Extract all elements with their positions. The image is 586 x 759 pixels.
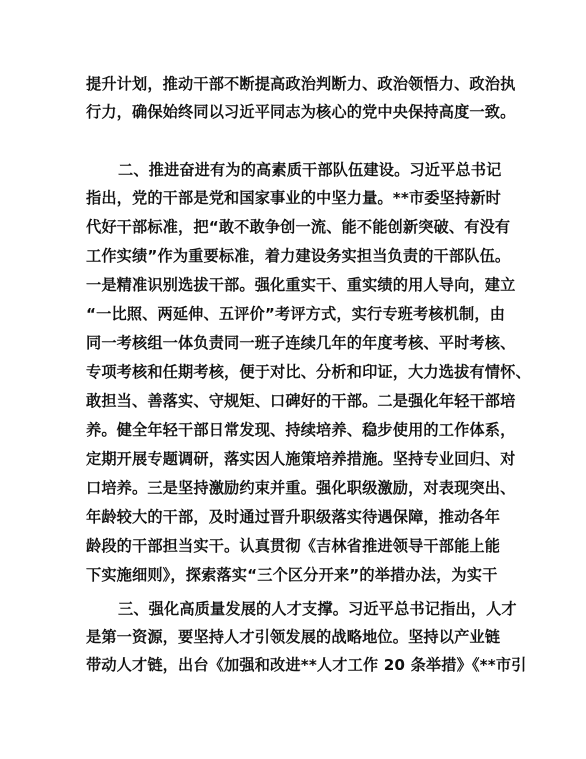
paragraph-2-line-6: “一比照、两延伸、五评价”考评方式，实行专班考核机制，由 — [86, 305, 506, 323]
paragraph-1-line-1: 提升计划，推动干部不断提高政治判断力、政治领悟力、政治执 — [86, 75, 506, 93]
paragraph-2-line-2: 指出，党的干部是党和国家事业的中坚力量。**市委坚持新时 — [86, 189, 506, 207]
paragraph-1-line-2: 行力，确保始终同以习近平同志为核心的党中央保持高度一致。 — [86, 103, 506, 121]
paragraph-3-heading-line: 三、强化高质量发展的人才支撑。习近平总书记指出，人才 — [118, 600, 538, 618]
paragraph-3-line-3: 带动人才链，出台《加强和改进**人才工作 20 条举措》《**市引 — [86, 656, 506, 674]
paragraph-2-heading-line: 二、推进奋进有为的高素质干部队伍建设。习近平总书记 — [118, 161, 538, 179]
paragraph-2-line-14: 龄段的干部担当实干。认真贯彻《吉林省推进领导干部能上能 — [86, 537, 506, 555]
paragraph-3-line-2: 是第一资源，要坚持人才引领发展的战略地位。坚持以产业链 — [86, 628, 506, 646]
paragraph-2-line-13: 年龄较大的干部，及时通过晋升职级落实待遇保障，推动各年 — [86, 508, 506, 526]
paragraph-2-line-12: 口培养。三是坚持激励约束并重。强化职级激励，对表现突出、 — [86, 479, 506, 497]
paragraph-2-line-11: 定期开展专题调研，落实因人施策培养措施。坚持专业回归、对 — [86, 450, 506, 468]
paragraph-2-line-10: 养。健全年轻干部日常发现、持续培养、稳步使用的工作体系， — [86, 421, 506, 439]
paragraph-2-line-9: 敢担当、善落实、守规矩、口碑好的干部。二是强化年轻干部培 — [86, 392, 506, 410]
document-page: 提升计划，推动干部不断提高政治判断力、政治领悟力、政治执 行力，确保始终同以习近… — [0, 0, 586, 759]
paragraph-2-line-4: 工作实绩”作为重要标准，着力建设务实担当负责的干部队伍。 — [86, 247, 506, 265]
paragraph-2-line-3: 代好干部标准，把“敢不敢争创一流、能不能创新突破、有没有 — [86, 218, 506, 236]
paragraph-2-line-7: 同一考核组一体负责同一班子连续几年的年度考核、平时考核、 — [86, 334, 506, 352]
paragraph-2-line-8: 专项考核和任期考核，便于对比、分析和印证，大力选拔有情怀、 — [86, 363, 506, 381]
paragraph-2-line-5: 一是精准识别选拔干部。强化重实干、重实绩的用人导向，建立 — [86, 276, 506, 294]
paragraph-2-line-15: 下实施细则》，探索落实“三个区分开来”的举措办法，为实干 — [86, 566, 506, 584]
